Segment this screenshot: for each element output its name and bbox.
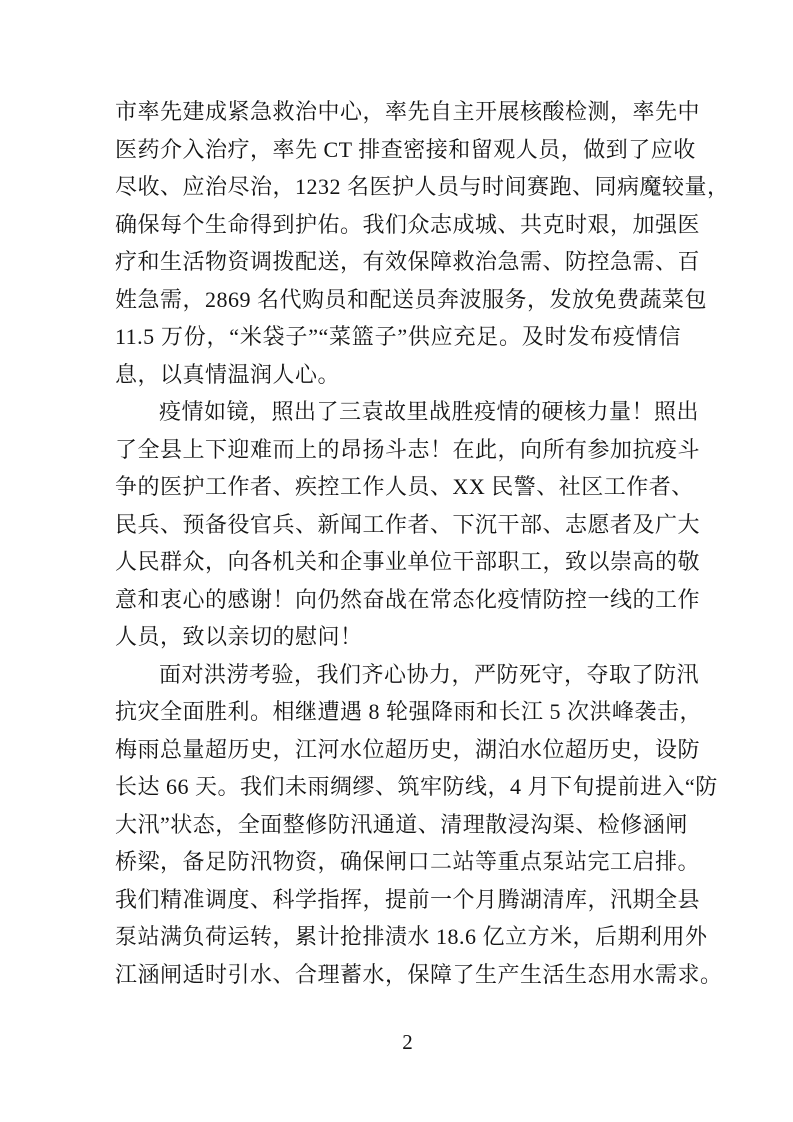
text-line: 长达 66 天。我们未雨绸缪、筑牢防线，4 月下旬提前进入“防	[115, 768, 681, 806]
text-line: 梅雨总量超历史，江河水位超历史，湖泊水位超历史，设防	[115, 731, 681, 769]
document-page: 市率先建成紧急救治中心，率先自主开展核酸检测，率先中 医药介入治疗，率先 CT …	[0, 0, 793, 1122]
document-body: 市率先建成紧急救治中心，率先自主开展核酸检测，率先中 医药介入治疗，率先 CT …	[115, 93, 681, 993]
text-line: 了全县上下迎难而上的昂扬斗志！在此，向所有参加抗疫斗	[115, 431, 681, 469]
text-line: 民兵、预备役官兵、新闻工作者、下沉干部、志愿者及广大	[115, 506, 681, 544]
text-line: 人员，致以亲切的慰问！	[115, 618, 681, 656]
text-line: 疫情如镜，照出了三袁故里战胜疫情的硬核力量！照出	[115, 393, 681, 431]
text-line: 意和衷心的感谢！向仍然奋战在常态化疫情防控一线的工作	[115, 581, 681, 619]
text-line: 尽收、应治尽治，1232 名医护人员与时间赛跑、同病魔较量，	[115, 168, 681, 206]
text-line: 市率先建成紧急救治中心，率先自主开展核酸检测，率先中	[115, 93, 681, 131]
text-line: 面对洪涝考验，我们齐心协力，严防死守，夺取了防汛	[115, 656, 681, 694]
text-line: 姓急需，2869 名代购员和配送员奔波服务，发放免费蔬菜包	[115, 281, 681, 319]
text-line: 抗灾全面胜利。相继遭遇 8 轮强降雨和长江 5 次洪峰袭击，	[115, 693, 681, 731]
page-number: 2	[11, 1031, 793, 1053]
text-line: 江涵闸适时引水、合理蓄水，保障了生产生活生态用水需求。	[115, 956, 681, 994]
text-line: 疗和生活物资调拨配送，有效保障救治急需、防控急需、百	[115, 243, 681, 281]
text-line: 桥梁，备足防汛物资，确保闸口二站等重点泵站完工启排。	[115, 843, 681, 881]
text-line: 医药介入治疗，率先 CT 排查密接和留观人员，做到了应收	[115, 131, 681, 169]
text-line: 确保每个生命得到护佑。我们众志成城、共克时艰，加强医	[115, 206, 681, 244]
paragraph-epidemic-measures: 市率先建成紧急救治中心，率先自主开展核酸检测，率先中 医药介入治疗，率先 CT …	[115, 93, 681, 393]
paragraph-gratitude: 疫情如镜，照出了三袁故里战胜疫情的硬核力量！照出 了全县上下迎难而上的昂扬斗志！…	[115, 393, 681, 656]
text-line: 泵站满负荷运转，累计抢排渍水 18.6 亿立方米，后期利用外	[115, 918, 681, 956]
paragraph-flood-control: 面对洪涝考验，我们齐心协力，严防死守，夺取了防汛 抗灾全面胜利。相继遭遇 8 轮…	[115, 656, 681, 994]
text-line: 我们精准调度、科学指挥，提前一个月腾湖清库，汛期全县	[115, 881, 681, 919]
text-line: 大汛”状态，全面整修防汛通道、清理散浸沟渠、检修涵闸	[115, 806, 681, 844]
text-line: 争的医护工作者、疾控工作人员、XX 民警、社区工作者、	[115, 468, 681, 506]
text-line: 人民群众，向各机关和企事业单位干部职工，致以崇高的敬	[115, 543, 681, 581]
text-line: 息，以真情温润人心。	[115, 356, 681, 394]
text-line: 11.5 万份，“米袋子”“菜篮子”供应充足。及时发布疫情信	[115, 318, 681, 356]
